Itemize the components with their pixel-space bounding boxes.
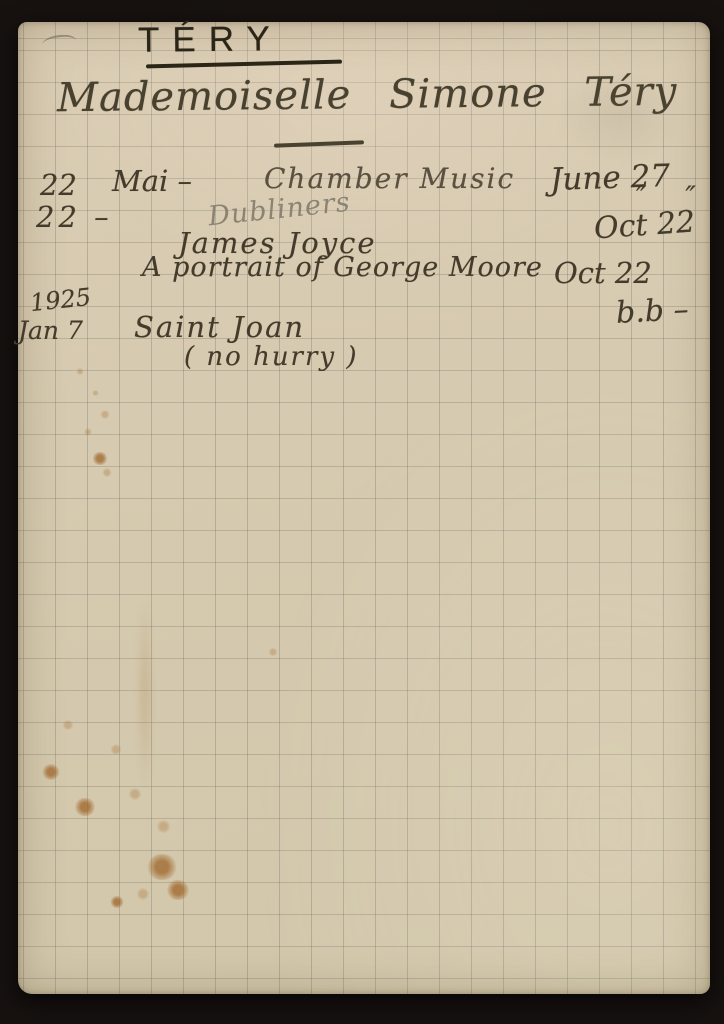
surname-heading: TÉRY — [138, 19, 283, 61]
entry-5-return-mark: b.b – — [615, 292, 689, 331]
foxing-stain — [62, 720, 74, 730]
foxing-stain — [128, 788, 142, 800]
entry-1-borrow-day: 22 — [40, 168, 77, 202]
foxing-stain — [92, 390, 99, 396]
foxing-stain — [166, 880, 190, 900]
foxing-stain — [100, 410, 110, 419]
entry-1-borrow-month: Mai – — [112, 164, 192, 198]
entry-5-note: ( no hurry ) — [184, 342, 359, 372]
foxing-stain — [110, 744, 122, 755]
foxing-stain — [110, 896, 124, 908]
photo-backdrop: TÉRY Mademoiselle Simone Téry 22 Mai – C… — [0, 0, 724, 1024]
gray-smudge — [554, 68, 684, 164]
name-underline — [274, 140, 364, 147]
foxing-stain — [76, 368, 84, 375]
foxing-stain — [156, 820, 171, 833]
entry-5-title: Saint Joan — [134, 310, 305, 344]
foxing-stain — [268, 648, 278, 656]
entry-2-borrow-day: 22 – — [36, 200, 113, 234]
entry-5-borrow-day: Jan 7 — [18, 316, 83, 345]
entry-3-return-date: Oct 22 — [593, 205, 696, 247]
surname-underline — [146, 60, 342, 69]
stain-streak — [136, 598, 154, 788]
foxing-stain — [74, 798, 96, 816]
pencil-squiggle-mark — [42, 34, 76, 45]
foxing-stain — [42, 764, 60, 780]
entry-1-title: Chamber Music — [264, 162, 515, 195]
foxing-stain — [102, 468, 112, 477]
entry-5-year: 1925 — [29, 283, 93, 317]
foxing-stain — [84, 428, 92, 436]
foxing-stain — [92, 452, 108, 465]
lending-card: TÉRY Mademoiselle Simone Téry 22 Mai – C… — [18, 22, 710, 994]
entry-4-title: A portrait of George Moore — [142, 252, 543, 283]
foxing-stain — [146, 854, 178, 880]
entry-4-return-date: Oct 22 — [554, 256, 652, 290]
foxing-stain — [136, 888, 150, 900]
